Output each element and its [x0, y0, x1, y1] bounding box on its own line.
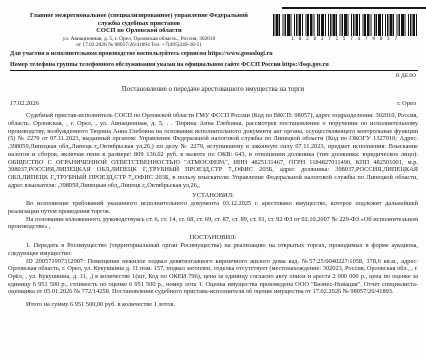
property-description: ID 200571997312907: Помещение нежилое по…	[8, 258, 418, 297]
document-date: 17.02.2026	[10, 100, 39, 107]
document-body: Судебный пристав-исполнитель СОСП по Орл…	[8, 112, 418, 189]
legal-basis-paragraph: На основании изложенного, руководствуясь…	[8, 216, 418, 231]
document-header: Главное межрегиональное (специализирован…	[8, 12, 418, 48]
org-department: СОСП по Орловской области	[8, 27, 270, 35]
top-right-rule	[282, 7, 426, 9]
postanovil-heading: ПОСТАНОВИЛ:	[8, 234, 418, 241]
issuing-authority-block: Главное межрегиональное (специализирован…	[8, 12, 270, 48]
intro-paragraph: Судебный пристав-исполнитель СОСП по Орл…	[8, 112, 418, 189]
document-title: Постановление о передаче арестованного и…	[8, 86, 418, 93]
established-paragraph: Во исполнение требований указанного испо…	[8, 200, 418, 215]
fssp-phone-notice: Номер телефона группы телефонного обслуж…	[10, 61, 418, 72]
document-number-and-phone: от 17.02.2026 № 98057/26/41894 Тел. +7(4…	[8, 42, 270, 48]
total-amount-line: Итого на сумму 6 951 500,00 руб. в колич…	[8, 301, 418, 308]
org-name-line1: Главное межрегиональное (специализирован…	[8, 12, 270, 20]
gosuslugi-service-notice: Для участия в исполнительном производств…	[10, 50, 418, 58]
case-file-mark: В ДЕЛО	[8, 73, 416, 79]
ustanovil-heading: УСТАНОВИЛ:	[8, 192, 418, 199]
barcode-block: 102837157479857	[272, 14, 418, 42]
date-city-row: 17.02.2026 г. Орел	[8, 100, 418, 107]
resolution-item-1: 1. Передать в Росимущество (территориаль…	[8, 242, 418, 257]
org-name-line2: службы судебных приставов	[8, 20, 270, 28]
document-city: г. Орел	[397, 100, 416, 107]
document-page: Главное межрегиональное (специализирован…	[0, 0, 426, 360]
barcode-digits: 102837157479857	[272, 37, 418, 42]
barcode-image	[273, 14, 417, 36]
